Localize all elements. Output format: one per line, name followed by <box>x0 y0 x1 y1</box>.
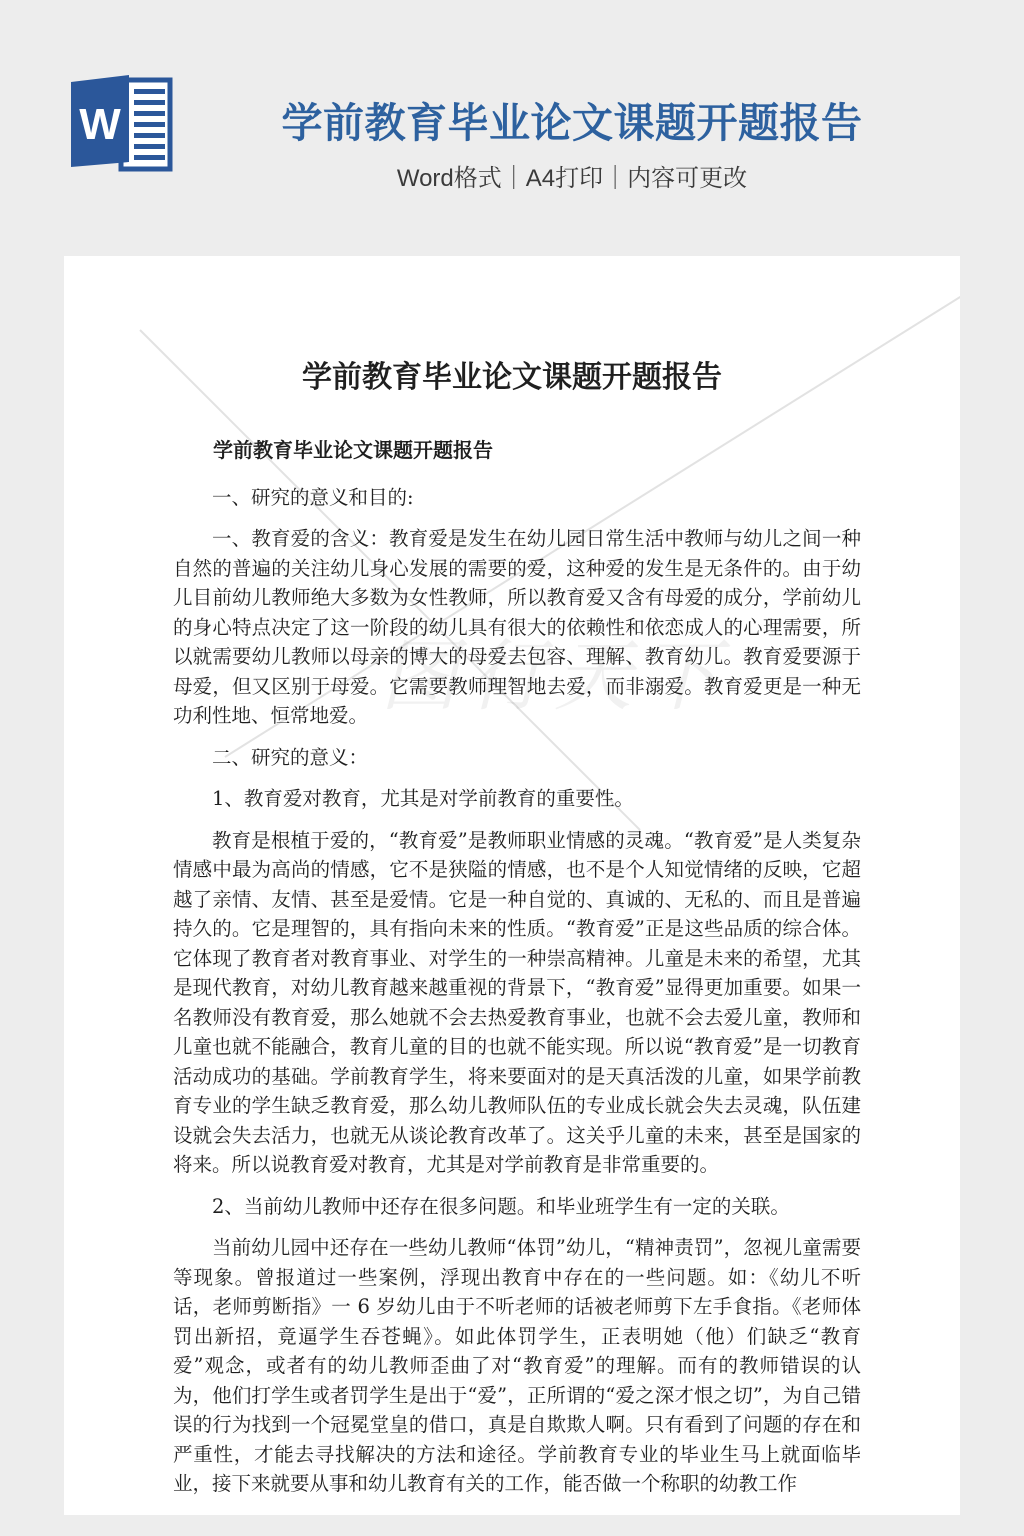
doc-paragraph: 教育是根植于爱的，“教育爱”是教师职业情感的灵魂。“教育爱”是人类复杂情感中最为… <box>173 826 861 1180</box>
page-title: 学前教育毕业论文课题开题报告 <box>176 90 968 149</box>
page-subtitle: Word格式｜A4打印｜内容可更改 <box>176 158 968 193</box>
doc-paragraph: 1、教育爱对教育，尤其是对学前教育的重要性。 <box>173 784 861 814</box>
doc-heading: 学前教育毕业论文课题开题报告 <box>173 436 861 466</box>
doc-paragraph: 2、当前幼儿教师中还存在很多问题。和毕业班学生有一定的关联。 <box>173 1192 861 1222</box>
doc-paragraph: 当前幼儿园中还存在一些幼儿教师“体罚”幼儿，“精神责罚”，忽视儿童需要等现象。曾… <box>173 1233 861 1499</box>
template-preview-page: { "colors": { "accent_blue": "#2b579a", … <box>0 0 1024 1536</box>
doc-paragraph: 二、研究的意义： <box>173 743 861 773</box>
doc-paragraph: 一、研究的意义和目的: <box>173 483 861 513</box>
word-icon-letter: W <box>79 100 121 149</box>
document-page: 图行天下 学前教育毕业论文课题开题报告 学前教育毕业论文课题开题报告一、研究的意… <box>64 256 960 1515</box>
word-file-icon: W <box>64 72 176 188</box>
doc-paragraph: 一、教育爱的含义：教育爱是发生在幼儿园日常生活中教师与幼儿之间一种自然的普遍的关… <box>173 524 861 731</box>
doc-title: 学前教育毕业论文课题开题报告 <box>64 256 960 396</box>
doc-body: 学前教育毕业论文课题开题报告一、研究的意义和目的:一、教育爱的含义：教育爱是发生… <box>64 396 960 1499</box>
